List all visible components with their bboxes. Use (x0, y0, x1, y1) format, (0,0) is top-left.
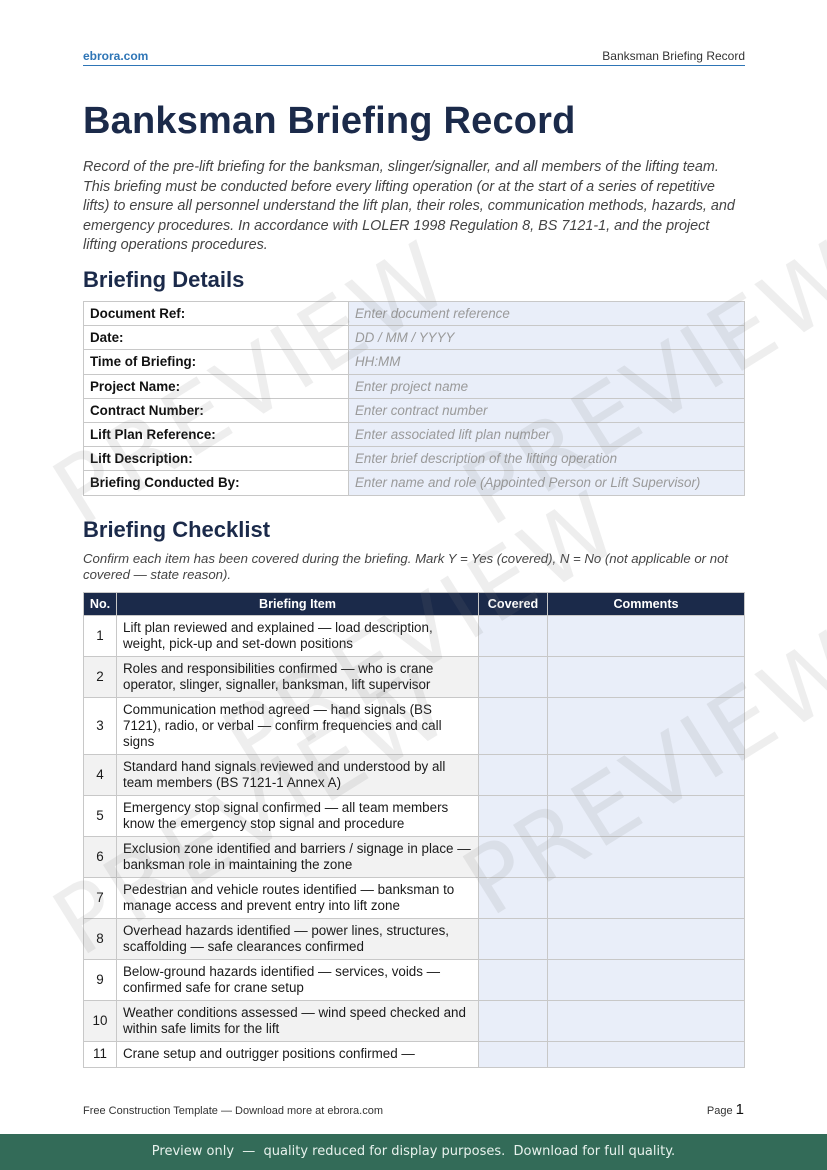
field-label: Document Ref: (84, 302, 349, 326)
covered-cell[interactable] (479, 837, 548, 878)
table-row: 7Pedestrian and vehicle routes identifie… (84, 878, 745, 919)
details-row: Lift Description:Enter brief description… (84, 447, 745, 471)
lift-description-field[interactable]: Enter brief description of the lifting o… (349, 447, 745, 471)
briefing-item: Lift plan reviewed and explained — load … (117, 616, 479, 657)
table-row: 10Weather conditions assessed — wind spe… (84, 1001, 745, 1042)
comments-cell[interactable] (548, 657, 745, 698)
covered-cell[interactable] (479, 1001, 548, 1042)
date-field[interactable]: DD / MM / YYYY (349, 326, 745, 350)
details-row: Date:DD / MM / YYYY (84, 326, 745, 350)
briefing-item: Weather conditions assessed — wind speed… (117, 1001, 479, 1042)
item-number: 9 (84, 960, 117, 1001)
briefing-item: Communication method agreed — hand signa… (117, 698, 479, 755)
table-row: 5Emergency stop signal confirmed — all t… (84, 796, 745, 837)
briefing-item: Crane setup and outrigger positions conf… (117, 1042, 479, 1068)
item-number: 11 (84, 1042, 117, 1068)
comments-cell[interactable] (548, 919, 745, 960)
header-doc-name: Banksman Briefing Record (602, 49, 745, 63)
checklist-note: Confirm each item has been covered durin… (83, 551, 745, 583)
briefing-item: Exclusion zone identified and barriers /… (117, 837, 479, 878)
field-label: Contract Number: (84, 398, 349, 422)
table-row: 6Exclusion zone identified and barriers … (84, 837, 745, 878)
table-row: 9Below-ground hazards identified — servi… (84, 960, 745, 1001)
comments-cell[interactable] (548, 698, 745, 755)
intro-text: Record of the pre-lift briefing for the … (83, 158, 745, 256)
time-field[interactable]: HH:MM (349, 350, 745, 374)
field-label: Lift Plan Reference: (84, 422, 349, 446)
item-number: 6 (84, 837, 117, 878)
comments-cell[interactable] (548, 960, 745, 1001)
table-row: 8Overhead hazards identified — power lin… (84, 919, 745, 960)
conducted-by-field[interactable]: Enter name and role (Appointed Person or… (349, 471, 745, 495)
table-row: 2Roles and responsibilities confirmed — … (84, 657, 745, 698)
page-indicator: Page 1 (707, 1101, 744, 1118)
brand-link[interactable]: ebrora.com (83, 49, 148, 63)
details-row: Lift Plan Reference:Enter associated lif… (84, 422, 745, 446)
column-header-item: Briefing Item (117, 593, 479, 616)
comments-cell[interactable] (548, 796, 745, 837)
briefing-item: Overhead hazards identified — power line… (117, 919, 479, 960)
section-heading-checklist: Briefing Checklist (83, 517, 270, 543)
column-header-comments: Comments (548, 593, 745, 616)
item-number: 8 (84, 919, 117, 960)
item-number: 7 (84, 878, 117, 919)
details-row: Contract Number:Enter contract number (84, 398, 745, 422)
running-header: ebrora.com Banksman Briefing Record (83, 48, 745, 66)
covered-cell[interactable] (479, 960, 548, 1001)
comments-cell[interactable] (548, 837, 745, 878)
table-row: 3Communication method agreed — hand sign… (84, 698, 745, 755)
field-label: Time of Briefing: (84, 350, 349, 374)
item-number: 4 (84, 755, 117, 796)
lift-plan-reference-field[interactable]: Enter associated lift plan number (349, 422, 745, 446)
covered-cell[interactable] (479, 919, 548, 960)
column-header-covered: Covered (479, 593, 548, 616)
details-row: Document Ref:Enter document reference (84, 302, 745, 326)
details-row: Briefing Conducted By:Enter name and rol… (84, 471, 745, 495)
details-row: Time of Briefing:HH:MM (84, 350, 745, 374)
item-number: 1 (84, 616, 117, 657)
comments-cell[interactable] (548, 1042, 745, 1068)
briefing-item: Standard hand signals reviewed and under… (117, 755, 479, 796)
briefing-item: Pedestrian and vehicle routes identified… (117, 878, 479, 919)
covered-cell[interactable] (479, 657, 548, 698)
field-label: Date: (84, 326, 349, 350)
comments-cell[interactable] (548, 1001, 745, 1042)
covered-cell[interactable] (479, 878, 548, 919)
covered-cell[interactable] (479, 796, 548, 837)
comments-cell[interactable] (548, 616, 745, 657)
item-number: 2 (84, 657, 117, 698)
field-label: Briefing Conducted By: (84, 471, 349, 495)
column-header-no: No. (84, 593, 117, 616)
project-name-field[interactable]: Enter project name (349, 374, 745, 398)
item-number: 10 (84, 1001, 117, 1042)
page-label: Page (707, 1105, 733, 1117)
field-label: Lift Description: (84, 447, 349, 471)
table-row: 1Lift plan reviewed and explained — load… (84, 616, 745, 657)
footer-text: Free Construction Template — Download mo… (83, 1105, 383, 1117)
checklist-header-row: No. Briefing Item Covered Comments (84, 593, 745, 616)
contract-number-field[interactable]: Enter contract number (349, 398, 745, 422)
covered-cell[interactable] (479, 1042, 548, 1068)
briefing-item: Emergency stop signal confirmed — all te… (117, 796, 479, 837)
details-table: Document Ref:Enter document reference Da… (83, 301, 745, 496)
details-row: Project Name:Enter project name (84, 374, 745, 398)
checklist-table: No. Briefing Item Covered Comments 1Lift… (83, 592, 745, 1068)
item-number: 3 (84, 698, 117, 755)
section-heading-details: Briefing Details (83, 267, 244, 293)
covered-cell[interactable] (479, 616, 548, 657)
field-label: Project Name: (84, 374, 349, 398)
covered-cell[interactable] (479, 698, 548, 755)
comments-cell[interactable] (548, 878, 745, 919)
item-number: 5 (84, 796, 117, 837)
covered-cell[interactable] (479, 755, 548, 796)
page-number: 1 (736, 1101, 744, 1118)
briefing-item: Below-ground hazards identified — servic… (117, 960, 479, 1001)
comments-cell[interactable] (548, 755, 745, 796)
page-title: Banksman Briefing Record (83, 100, 576, 143)
table-row: 4Standard hand signals reviewed and unde… (84, 755, 745, 796)
preview-banner: Preview only — quality reduced for displ… (0, 1134, 827, 1170)
table-row: 11Crane setup and outrigger positions co… (84, 1042, 745, 1068)
document-ref-field[interactable]: Enter document reference (349, 302, 745, 326)
briefing-item: Roles and responsibilities confirmed — w… (117, 657, 479, 698)
